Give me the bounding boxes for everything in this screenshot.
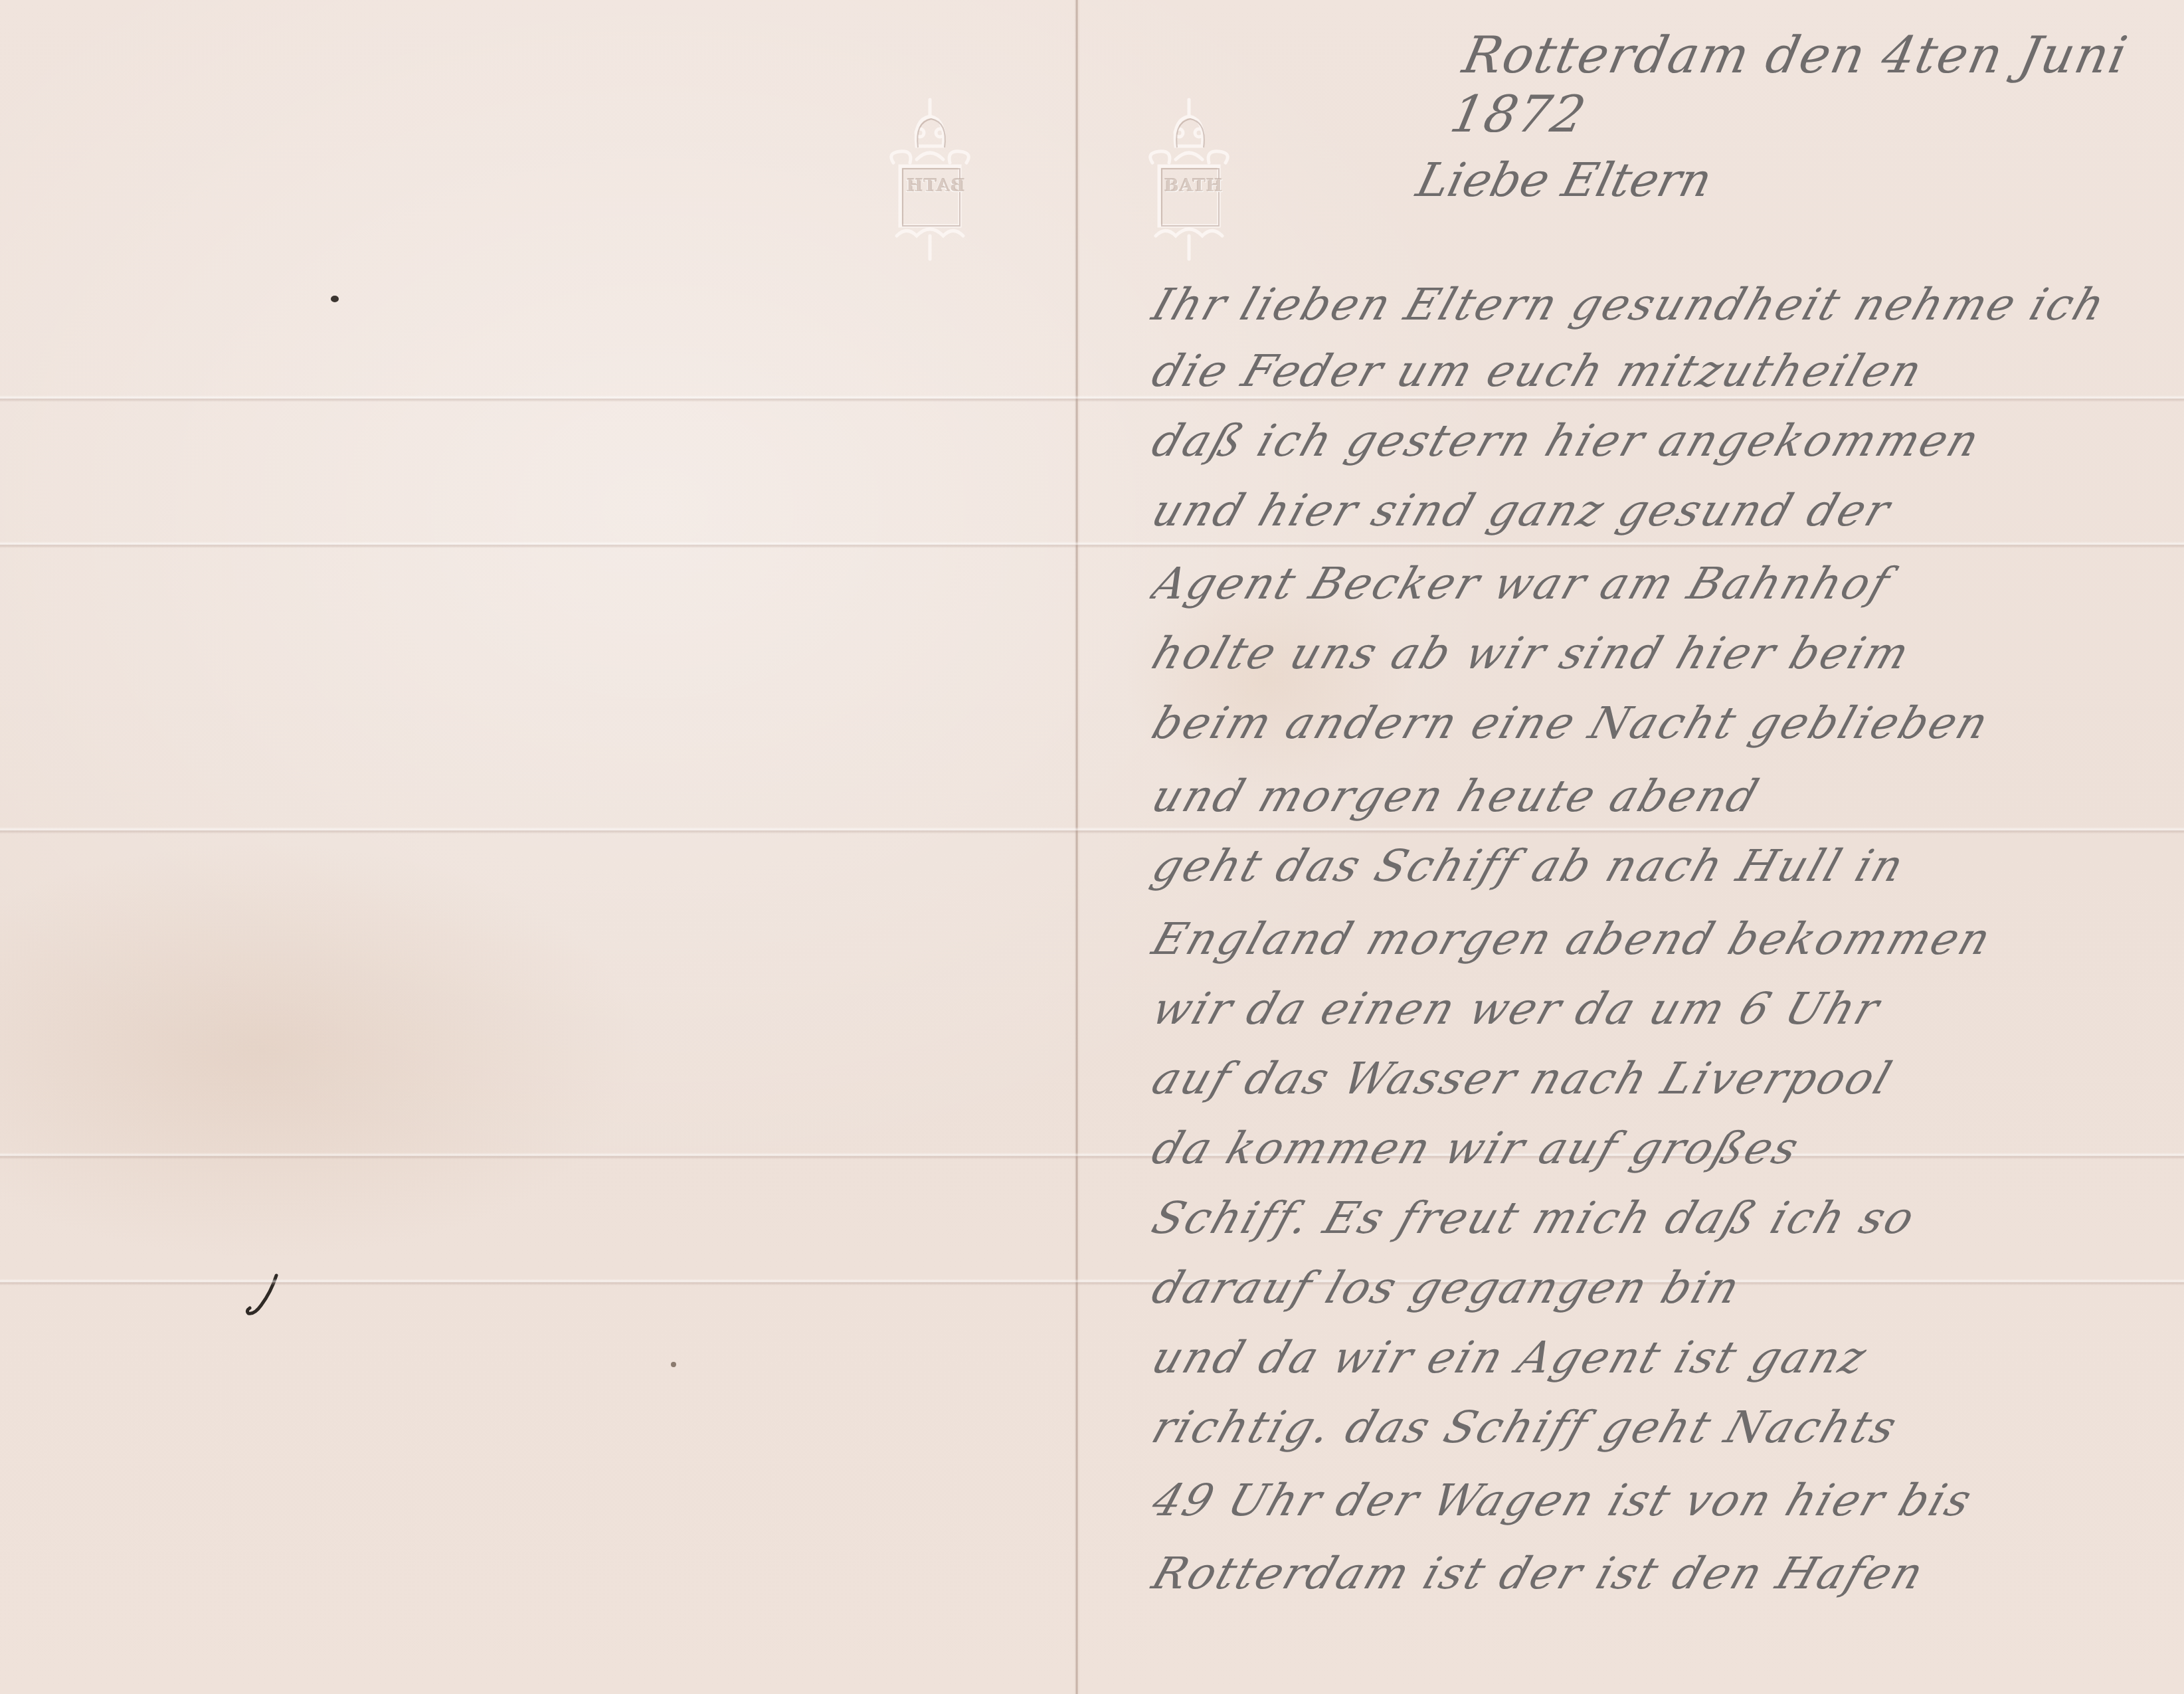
emboss-text-bath-mirrored: BATH (905, 173, 955, 199)
letter-line: auf das Wasser nach Liverpool (1146, 1053, 2184, 1104)
letter-line: richtig. das Schiff geht Nachts (1146, 1402, 2184, 1453)
letter-line: und da wir ein Agent ist ganz (1146, 1332, 2184, 1383)
letter-line: holte uns ab wir sind hier beim (1146, 628, 2184, 679)
ink-speck (671, 1362, 676, 1367)
letter-line: daß ich gestern hier angekommen (1146, 415, 2184, 466)
letter-salutation: Liebe Eltern (1411, 153, 1718, 207)
letter-line: 49 Uhr der Wagen ist von hier bis (1146, 1475, 2184, 1526)
crown-cartouche-icon: BATH (880, 93, 980, 266)
letter-line: Ihr lieben Eltern gesundheit nehme ich (1146, 279, 2184, 330)
letter-line: wir da einen wer da um 6 Uhr (1146, 983, 2184, 1034)
letter-line: Schiff. Es freut mich daß ich so (1146, 1192, 2184, 1244)
letter-line: geht das Schiff ab nach Hull in (1146, 840, 2184, 892)
letter-line: und hier sind ganz gesund der (1146, 485, 2184, 536)
letter-dateline: Rotterdam den 4ten Juni 1872 (1445, 25, 2184, 143)
letter-line: darauf los gegangen bin (1146, 1262, 2184, 1313)
letter-line: England morgen abend bekommen (1146, 913, 2184, 965)
right-page: BATH Rotterdam den 4ten Juni 1872 Liebe … (1079, 0, 2184, 1694)
letter-line: und morgen heute abend (1146, 771, 2184, 822)
letter-line: die Feder um euch mitzutheilen (1146, 345, 2184, 397)
scanned-letter: BATH (0, 0, 2184, 1694)
letter-line: Agent Becker war am Bahnhof (1146, 558, 2184, 609)
letter-line: beim andern eine Nacht geblieben (1146, 698, 2184, 749)
letter-line: da kommen wir auf großes (1146, 1123, 2184, 1174)
ink-speck (331, 296, 339, 302)
letter-line: Rotterdam ist der ist den Hafen (1146, 1548, 2184, 1599)
letter-text: Rotterdam den 4ten Juni 1872 Liebe Elter… (1079, 0, 2184, 1694)
left-page: BATH (0, 0, 1075, 1694)
